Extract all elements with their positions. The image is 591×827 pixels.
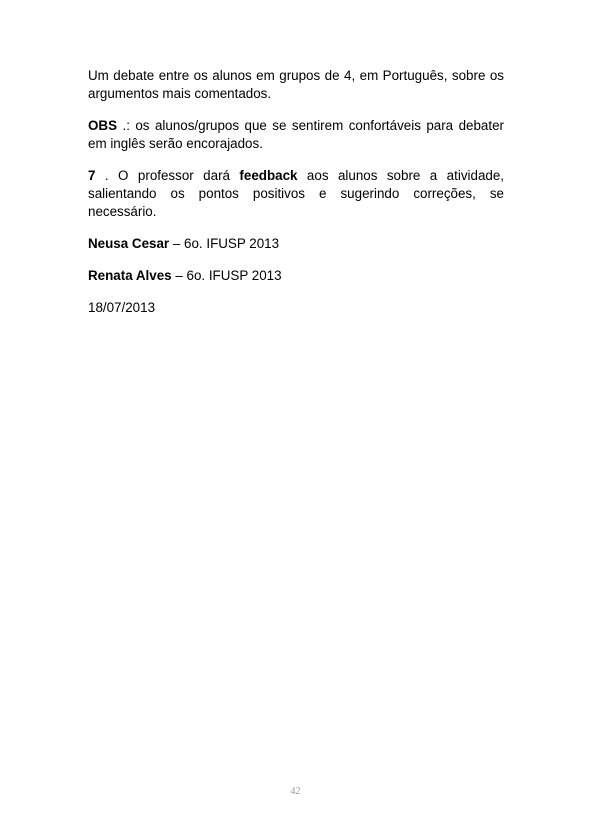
debate-paragraph: Um debate entre os alunos em grupos de 4… [88, 67, 504, 103]
obs-label: OBS [88, 118, 117, 133]
document-date: 18/07/2013 [88, 299, 504, 317]
obs-text: .: os alunos/grupos que se sentirem conf… [88, 118, 504, 151]
author-name: Renata Alves [88, 268, 172, 283]
feedback-term: feedback [239, 168, 297, 183]
author-line: Renata Alves – 6o. IFUSP 2013 [88, 267, 504, 285]
obs-paragraph: OBS .: os alunos/grupos que se sentirem … [88, 117, 504, 153]
author-line: Neusa Cesar – 6o. IFUSP 2013 [88, 235, 504, 253]
page-content: Um debate entre os alunos em grupos de 4… [88, 67, 504, 331]
step-7-paragraph: 7 . O professor dará feedback aos alunos… [88, 167, 504, 221]
author-name: Neusa Cesar [88, 236, 169, 251]
author-detail: – 6o. IFUSP 2013 [169, 236, 279, 251]
page-number: 42 [0, 786, 591, 797]
step-text-before: . O professor dará [95, 168, 239, 183]
author-detail: – 6o. IFUSP 2013 [172, 268, 282, 283]
